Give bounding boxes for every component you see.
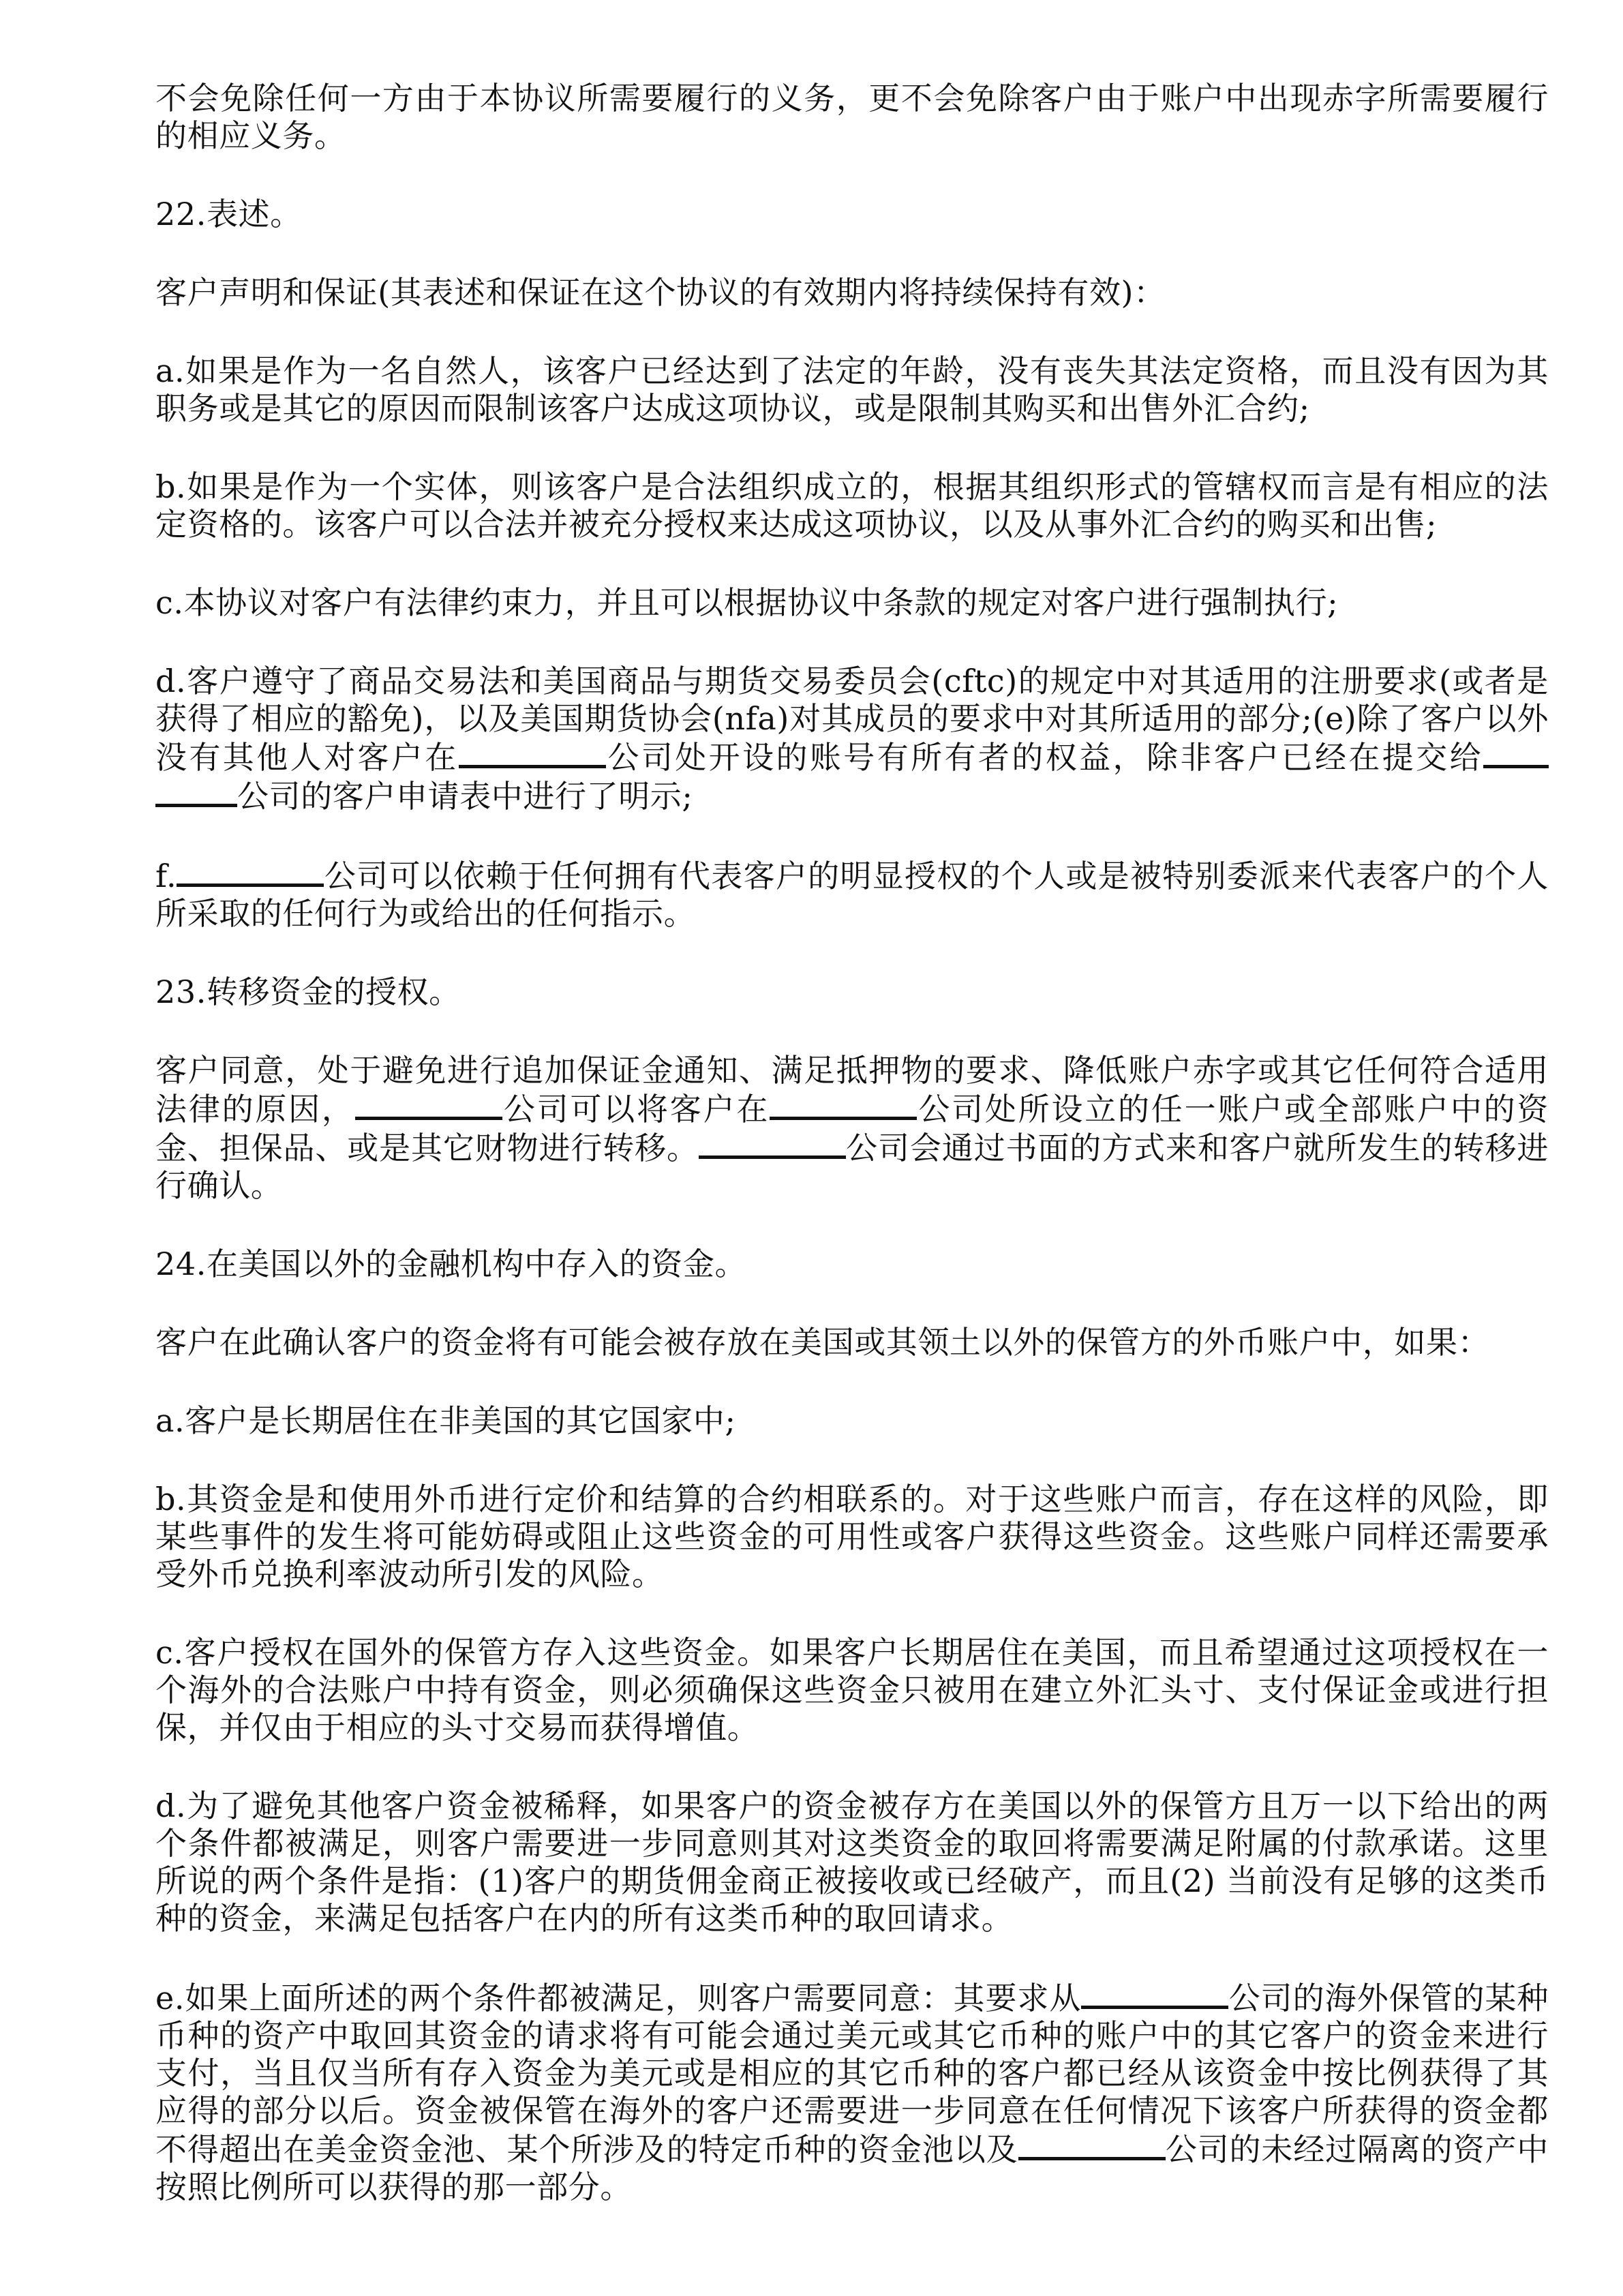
paragraph-text: d.为了避免其他客户资金被稀释，如果客户的资金被存方在美国以外的保管方且万一以下… — [155, 1787, 1549, 1937]
section-23-body: 客户同意，处于避免进行追加保证金通知、满足抵押物的要求、降低账户赤字或其它任何符… — [155, 1052, 1549, 1205]
company-name-blank — [177, 856, 324, 887]
company-name-blank — [1483, 738, 1549, 768]
paragraph-text: c.客户授权在国外的保管方存入这些资金。如果客户长期居住在美国，而且希望通过这项… — [155, 1634, 1549, 1746]
section-24-item-c: c.客户授权在国外的保管方存入这些资金。如果客户长期居住在美国，而且希望通过这项… — [155, 1634, 1549, 1747]
company-name-blank — [1081, 1978, 1228, 2009]
section-22-item-a: a.如果是作为一名自然人，该客户已经达到了法定的年龄，没有丧失其法定资格，而且没… — [155, 352, 1549, 427]
section-24-heading: 24.在美国以外的金融机构中存入的资金。 — [155, 1245, 1549, 1283]
company-name-blank-continued — [155, 776, 237, 807]
company-name-blank — [355, 1089, 502, 1120]
company-name-blank — [1018, 2130, 1166, 2160]
section-22-item-c: c.本协议对客户有法律约束力，并且可以根据协议中条款的规定对客户进行强制执行; — [155, 584, 1549, 622]
section-23-heading: 23.转移资金的授权。 — [155, 973, 1549, 1011]
company-name-blank — [770, 1089, 917, 1120]
paragraph-text: 公司处开设的账号有所有者的权益，除非客户已经在提交给 — [606, 739, 1483, 776]
document-page: 不会免除任何一方由于本协议所需要履行的义务，更不会免除客户由于账户中出现赤字所需… — [155, 80, 1549, 2247]
paragraph-text: 公司的客户申请表中进行了明示; — [237, 778, 693, 815]
paragraph-text: e.如果上面所述的两个条件都被满足，则客户需要同意：其要求从 — [155, 1980, 1081, 2016]
section-22-item-d: d.客户遵守了商品交易法和美国商品与期货交易委员会(cftc)的规定中对其适用的… — [155, 663, 1549, 815]
section-heading-text: 24.在美国以外的金融机构中存入的资金。 — [155, 1245, 746, 1282]
paragraph-text: a.客户是长期居住在非美国的其它国家中; — [155, 1402, 736, 1439]
paragraph-text: f. — [155, 858, 177, 894]
section-24-item-b: b.其资金是和使用外币进行定价和结算的合约相联系的。对于这些账户而言，存在这样的… — [155, 1481, 1549, 1593]
company-name-blank — [699, 1128, 846, 1159]
section-24-item-e: e.如果上面所述的两个条件都被满足，则客户需要同意：其要求从公司的海外保管的某种… — [155, 1978, 1549, 2206]
section-22-item-f: f.公司可以依赖于任何拥有代表客户的明显授权的个人或是被特别委派来代表客户的个人… — [155, 856, 1549, 933]
section-22-item-b: b.如果是作为一个实体，则该客户是合法组织成立的，根据其组织形式的管辖权而言是有… — [155, 468, 1549, 543]
section-22-intro: 客户声明和保证(其表述和保证在这个协议的有效期内将持续保持有效)： — [155, 274, 1549, 312]
section-24-item-d: d.为了避免其他客户资金被稀释，如果客户的资金被存方在美国以外的保管方且万一以下… — [155, 1787, 1549, 1937]
section-22-heading: 22.表述。 — [155, 196, 1549, 233]
paragraph-text: a.如果是作为一名自然人，该客户已经达到了法定的年龄，没有丧失其法定资格，而且没… — [155, 352, 1549, 427]
paragraph-text: 客户在此确认客户的资金将有可能会被存放在美国或其领土以外的保管方的外币账户中，如… — [155, 1324, 1489, 1361]
paragraph-text: b.其资金是和使用外币进行定价和结算的合约相联系的。对于这些账户而言，存在这样的… — [155, 1481, 1549, 1592]
paragraph-continuation: 不会免除任何一方由于本协议所需要履行的义务，更不会免除客户由于账户中出现赤字所需… — [155, 80, 1549, 155]
section-heading-text: 22.表述。 — [155, 196, 302, 232]
paragraph-text: b.如果是作为一个实体，则该客户是合法组织成立的，根据其组织形式的管辖权而言是有… — [155, 468, 1549, 543]
section-24-intro: 客户在此确认客户的资金将有可能会被存放在美国或其领土以外的保管方的外币账户中，如… — [155, 1324, 1549, 1361]
paragraph-text: 公司可以依赖于任何拥有代表客户的明显授权的个人或是被特别委派来代表客户的个人所采… — [155, 858, 1549, 932]
paragraph-text: 公司可以将客户在 — [502, 1091, 770, 1128]
paragraph-text: c.本协议对客户有法律约束力，并且可以根据协议中条款的规定对客户进行强制执行; — [155, 584, 1338, 621]
section-heading-text: 23.转移资金的授权。 — [155, 973, 461, 1010]
paragraph-text: 客户声明和保证(其表述和保证在这个协议的有效期内将持续保持有效)： — [155, 274, 1166, 311]
paragraph-text: 不会免除任何一方由于本协议所需要履行的义务，更不会免除客户由于账户中出现赤字所需… — [155, 80, 1549, 154]
company-name-blank — [459, 738, 606, 768]
section-24-item-a: a.客户是长期居住在非美国的其它国家中; — [155, 1402, 1549, 1440]
